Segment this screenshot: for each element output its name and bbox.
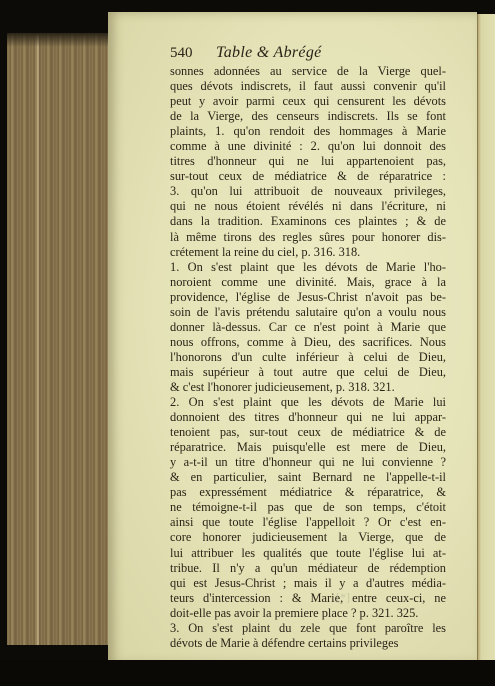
fore-edge-top-shadow: [7, 33, 111, 47]
text-line: donner là-dessus. Car ce n'est point à M…: [170, 320, 446, 335]
body-text: sonnes adonnées au service de la Vierge …: [170, 64, 446, 651]
bleed-through-mark: [*]: [336, 590, 350, 605]
text-line: peut y avoir parmi ceux qui censurent le…: [170, 94, 446, 109]
text-line: noroient comme une divinité. Mais, grace…: [170, 275, 446, 290]
text-line: tenoient pas, sur-tout ceux de médiatric…: [170, 425, 446, 440]
text-line: tribue. Il n'y a qu'un médiateur de réde…: [170, 561, 446, 576]
text-line: y a-t-il un titre d'honneur qui ne lui c…: [170, 455, 446, 470]
text-line: 3. qu'on lui attribuoit de nouveaux priv…: [170, 184, 446, 199]
text-line: qui est Jesus-Christ ; mais il y a d'aut…: [170, 576, 446, 591]
text-line: qui ne nous étoient révélés ni dans l'éc…: [170, 199, 446, 214]
text-line: 1. On s'est plaint que les dévots de Mar…: [170, 260, 446, 275]
text-line: lui attribuer les qualités que toute l'é…: [170, 546, 446, 561]
text-line: soin de l'avis prétendu salutaire qu'on …: [170, 305, 446, 320]
running-header: 540 Table & Abrégé: [170, 45, 446, 63]
text-line: comme à une divinité : 2. qu'on lui donn…: [170, 139, 446, 154]
text-line: nous offrons, comme à Dieu, des sacrific…: [170, 335, 446, 350]
text-line: ques dévots indiscrets, il faut aussi co…: [170, 79, 446, 94]
text-line: réparatrice. Mais puisqu'elle est mere d…: [170, 440, 446, 455]
text-line: mais supérieur à tout autre que celui de…: [170, 365, 446, 380]
bottom-shadow: [0, 660, 495, 686]
text-line: ne témoigne-t-il pas que de son temps, c…: [170, 500, 446, 515]
text-line: donnoient des titres d'honneur qui ne lu…: [170, 410, 446, 425]
text-line: providence, l'église de Jesus-Christ n'a…: [170, 290, 446, 305]
text-line: de la Vierge, des censeurs indiscrets. I…: [170, 109, 446, 124]
running-title: Table & Abrégé: [216, 45, 322, 60]
text-line: teurs d'intercession : & Marie, entre ce…: [170, 591, 446, 606]
text-line: sur-tout ceux de médiatrice & de réparat…: [170, 169, 446, 184]
text-line: doit-elle pas avoir la premiere place ? …: [170, 606, 446, 621]
text-line: ainsi que toute l'église l'appelloit ? O…: [170, 515, 446, 530]
text-line: & c'est l'honorer judicieusement, p. 318…: [170, 380, 446, 395]
text-line: crétement la reine du ciel, p. 316. 318.: [170, 245, 446, 260]
text-line: l'honorons d'un culte inférieur à celui …: [170, 350, 446, 365]
text-line: sonnes adonnées au service de la Vierge …: [170, 64, 446, 79]
text-line: core honorer judicieusement la Vierge, q…: [170, 530, 446, 545]
text-block: 540 Table & Abrégé sonnes adonnées au se…: [170, 45, 446, 651]
text-line: pas expressément médiatrice & réparatric…: [170, 485, 446, 500]
text-line: 3. On s'est plaint du zele que font paro…: [170, 621, 446, 636]
text-line: plaints, 1. qu'on rendoit des hommages à…: [170, 124, 446, 139]
next-page-edge: [477, 14, 495, 664]
text-line: & en particulier, saint Bernard ne l'app…: [170, 470, 446, 485]
text-line: là même tirons des regles sûres pour hon…: [170, 230, 446, 245]
book-fore-edge: [7, 33, 111, 645]
text-line: titres d'honneur qui ne lui appartenoien…: [170, 154, 446, 169]
book-page: 540 Table & Abrégé sonnes adonnées au se…: [108, 12, 477, 664]
page-number: 540: [170, 46, 216, 61]
text-line: dans la tradition. Examinons ces plainte…: [170, 214, 446, 229]
fore-edge-highlight: [37, 33, 39, 645]
text-line: dévots de Marie à défendre certains priv…: [170, 636, 446, 651]
text-line: 2. On s'est plaint que les dévots de Mar…: [170, 395, 446, 410]
